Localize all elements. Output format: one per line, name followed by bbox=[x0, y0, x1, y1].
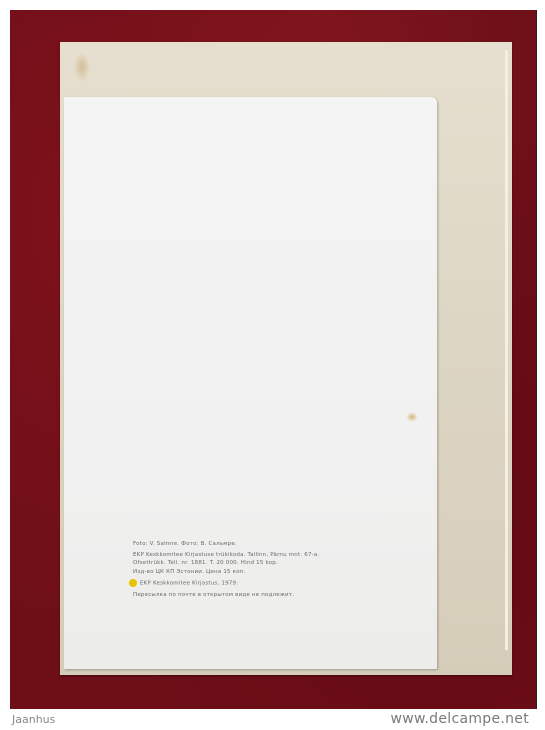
photo-credit: Foto: V. Salmre. Фото: В. Сальмре. bbox=[133, 540, 443, 548]
postcard-imprint: Foto: V. Salmre. Фото: В. Сальмре. EKP K… bbox=[133, 540, 443, 599]
mailing-note: Пересылка по почте в открытом виде не по… bbox=[133, 591, 443, 599]
publisher-year: EKP Keskkomitee Kirjastus, 1979. bbox=[140, 580, 238, 586]
print-order-info: Ofsettrükk. Tell. nr. 1881. T. 20 000. H… bbox=[133, 559, 443, 567]
publisher-logo-icon bbox=[129, 579, 137, 587]
seller-watermark: Jaanhus bbox=[12, 713, 55, 726]
site-watermark: www.delcampe.net bbox=[390, 711, 529, 727]
paper-stain bbox=[406, 412, 418, 422]
publisher-russian: Изд-во ЦК КП Эстонии. Цена 15 коп. bbox=[133, 568, 443, 576]
printer-info: EKP Keskkomitee Kirjastuse trükikoda. Ta… bbox=[133, 551, 443, 559]
publisher-line: EKP Keskkomitee Kirjastus, 1979. bbox=[133, 579, 443, 588]
